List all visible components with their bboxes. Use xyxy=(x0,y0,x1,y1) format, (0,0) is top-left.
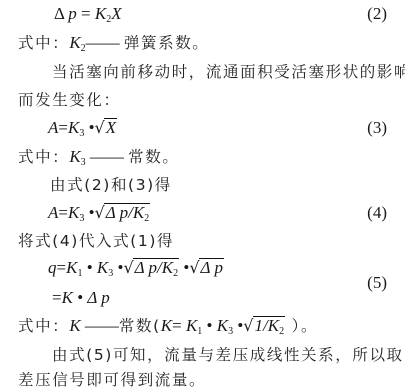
subscript: 2 xyxy=(279,326,284,337)
definition-prefix: 式中： xyxy=(18,34,69,52)
definition-text: 常数。 xyxy=(128,148,179,166)
em-dash: —— xyxy=(81,316,119,335)
paragraph-line: 而发生变化： xyxy=(18,90,121,110)
var-k: K xyxy=(217,316,228,335)
sqrt-expression: Δ p/K xyxy=(135,258,173,277)
var-k: K xyxy=(66,258,77,277)
dot-operator: • xyxy=(202,316,216,335)
sqrt-expression: Δ p/K xyxy=(106,203,144,222)
sqrt-content: X xyxy=(104,118,117,136)
definition-k2: 式中：K2—— 弹簧系数。 xyxy=(18,33,209,59)
var-a: A xyxy=(48,118,58,137)
dot-operator: • xyxy=(73,288,87,307)
var-k: K xyxy=(95,4,106,23)
definition-text: 常数( xyxy=(119,317,161,335)
equals-sign: = xyxy=(172,316,186,335)
var-p: p xyxy=(68,4,77,23)
subscript: 2 xyxy=(144,213,149,224)
sqrt-content: 1/K2 xyxy=(253,316,286,340)
equals-sign: = xyxy=(58,203,68,222)
sqrt-expression: 1/K xyxy=(255,316,280,335)
var-delta-p: Δ p xyxy=(87,288,109,307)
em-dash: —— xyxy=(86,33,124,52)
var-k: K xyxy=(62,288,73,307)
sqrt-expression: Δ p xyxy=(201,258,223,277)
var-k: K xyxy=(97,258,108,277)
var-k: K xyxy=(161,316,172,335)
var-q: q xyxy=(48,258,57,277)
paragraph-line: 差压信号即可得到流量。 xyxy=(18,370,206,387)
equals-sign: = xyxy=(58,118,68,137)
derivation-text: 由式(2)和(3)得 xyxy=(50,175,172,195)
closing-paren: ）。 xyxy=(285,317,318,335)
var-k: K xyxy=(186,316,197,335)
var-k: K xyxy=(68,203,79,222)
em-dash: —— xyxy=(86,147,129,166)
equals-sign: = xyxy=(77,4,95,23)
equation-3: A=K3 •√X xyxy=(48,118,117,144)
dot-operator: • xyxy=(179,258,189,277)
equation-number-2: (2) xyxy=(367,4,387,24)
sqrt-content: Δ p/K2 xyxy=(104,203,150,227)
delta-symbol: Δ xyxy=(54,4,64,23)
var-x: X xyxy=(111,4,121,23)
definition-text: 弹簧系数。 xyxy=(124,34,210,52)
var-k: K xyxy=(69,316,80,335)
equation-number-4: (4) xyxy=(367,203,387,223)
definition-prefix: 式中： xyxy=(18,317,69,335)
var-a: A xyxy=(48,203,58,222)
var-x: X xyxy=(106,118,116,137)
equation-4: A=K3 •√Δ p/K2 xyxy=(48,203,150,229)
dot-operator: • xyxy=(82,258,96,277)
dot-operator: • xyxy=(84,118,94,137)
var-k: K xyxy=(68,118,79,137)
dot-operator: • xyxy=(233,316,243,335)
derivation-text: 将式(4)代入式(1)得 xyxy=(18,231,174,251)
definition-k: 式中：K ——常数(K= K1 • K3 •√1/K2 ）。 xyxy=(18,316,318,342)
subscript: 2 xyxy=(173,268,178,279)
var-k: K xyxy=(69,33,80,52)
sqrt-content: Δ p xyxy=(199,258,224,276)
paragraph-line: 当活塞向前移动时，流通面积受活塞形状的影响 xyxy=(52,62,405,82)
equation-5-line-2: =K • Δ p xyxy=(52,288,110,308)
equation-2: Δ p = K2X xyxy=(54,4,122,30)
dot-operator: • xyxy=(84,203,94,222)
paragraph-line: 由式(5)可知，流量与差压成线性关系，所以取出 xyxy=(52,345,405,365)
equation-5-line-1: q=K1 • K3 •√Δ p/K2 •√Δ p xyxy=(48,258,224,284)
equation-number-5: (5) xyxy=(367,273,387,293)
definition-k3: 式中：K3 —— 常数。 xyxy=(18,147,179,173)
equation-number-3: (3) xyxy=(367,118,387,138)
equals-sign: = xyxy=(57,258,67,277)
dot-operator: • xyxy=(113,258,123,277)
definition-prefix: 式中： xyxy=(18,148,69,166)
equals-sign: = xyxy=(52,288,62,307)
var-k: K xyxy=(69,147,80,166)
sqrt-content: Δ p/K2 xyxy=(133,258,179,282)
